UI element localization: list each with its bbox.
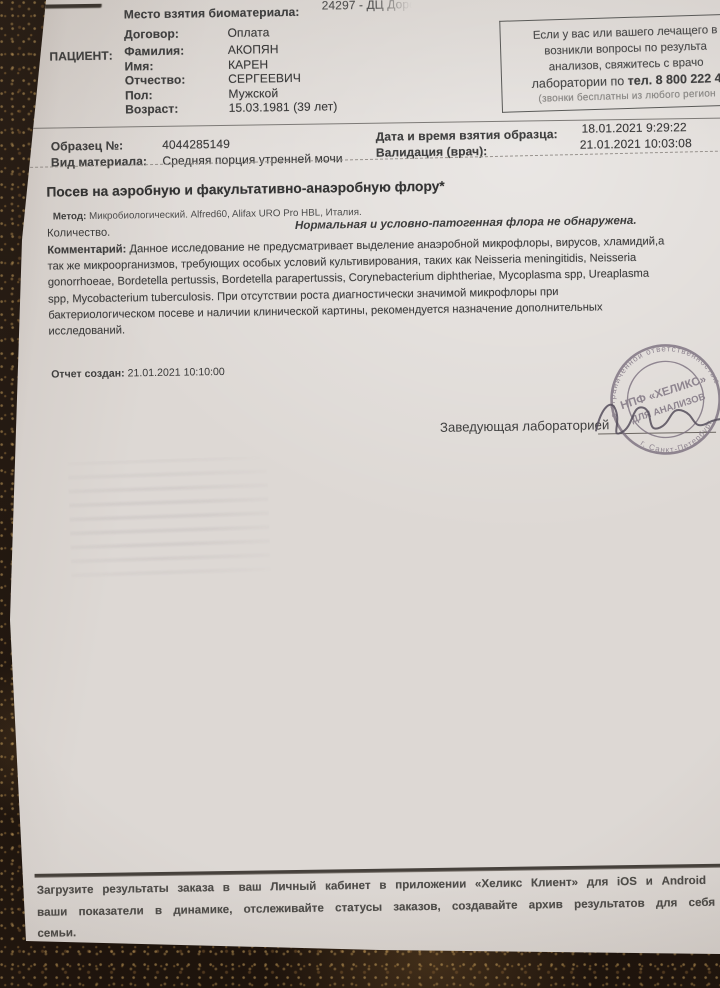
test-title: Посев на аэробную и факультативно-анаэро… <box>46 179 444 200</box>
promo-paragraph: Загрузите результаты заказа в ваш Личный… <box>37 874 716 940</box>
promo-line-3: семьи. <box>37 917 715 940</box>
contract-value: Оплата <box>227 25 269 40</box>
biomaterial-location-row: Место взятия биоматериала: <box>124 5 300 22</box>
patient-field-middlename: Отчество: СЕРГЕЕВИЧ <box>125 71 301 88</box>
cropped-text-fragment <box>42 3 132 9</box>
biomaterial-location-label: Место взятия биоматериала: <box>124 5 300 22</box>
promo-line-1: Загрузите результаты заказа в ваш Личный… <box>37 874 715 897</box>
signature-stroke-icon <box>587 386 720 446</box>
patient-field-age: Возраст: 15.03.1981 (39 лет) <box>125 99 337 116</box>
sample-number-row: Образец №: 4044285149 <box>51 137 230 154</box>
info-box: Если у вас или вашего лечащего в возникл… <box>499 13 720 113</box>
method-label: Метод: <box>53 211 87 222</box>
age-value: 15.03.1981 (39 лет) <box>229 99 338 115</box>
sample-validated-value: 21.01.2021 10:03:08 <box>580 136 692 152</box>
contract-label: Договор: <box>124 26 224 41</box>
comment-paragraph: Комментарий: Данное исследование не пред… <box>47 233 665 339</box>
biomaterial-location-value: 24297 - ДЦ Доро <box>322 0 416 13</box>
patient-label: ПАЦИЕНТ: <box>49 49 113 64</box>
lastname-label: Фамилия: <box>124 43 224 58</box>
sample-collected-label: Дата и время взятия образца: <box>376 127 558 144</box>
firstname-label: Имя: <box>124 58 224 73</box>
contract-row: Договор: Оплата <box>124 25 270 41</box>
report-content: Место взятия биоматериала: 24297 - ДЦ До… <box>0 0 720 988</box>
sample-number-label: Образец №: <box>51 138 159 154</box>
lastname-value: АКОПЯН <box>228 42 279 57</box>
sample-material-label: Вид материала: <box>51 154 159 170</box>
comment-label: Комментарий: <box>47 243 126 256</box>
report-created-value: 21.01.2021 10:10:00 <box>127 366 224 379</box>
phone-number: тел. 8 800 222 4 <box>627 71 720 88</box>
phone-prefix: лаборатории по <box>531 74 627 91</box>
firstname-value: КАРЕН <box>228 57 268 72</box>
sex-value: Мужской <box>228 86 278 101</box>
sample-number-value: 4044285149 <box>162 137 230 152</box>
sex-label: Пол: <box>125 87 225 102</box>
signature-caption: Заведующая лабораторией <box>440 417 610 435</box>
report-created-row: Отчет создан: 21.01.2021 10:10:00 <box>51 366 225 381</box>
promo-line-2: ваши показатели в динамике, отслеживайте… <box>37 896 715 919</box>
middlename-value: СЕРГЕЕВИЧ <box>228 71 301 86</box>
photo-background: { "header": { "location_label": "Место в… <box>0 0 720 988</box>
middlename-label: Отчество: <box>125 72 225 87</box>
sample-collected-value: 18.01.2021 9:29:22 <box>581 120 686 136</box>
bleed-through-text <box>67 456 271 587</box>
paper: Место взятия биоматериала: 24297 - ДЦ До… <box>0 0 720 988</box>
patient-field-lastname: Фамилия: АКОПЯН <box>124 42 278 58</box>
quantity-label: Количество. <box>47 227 110 240</box>
report-created-label: Отчет создан: <box>51 367 125 380</box>
age-label: Возраст: <box>125 101 225 116</box>
